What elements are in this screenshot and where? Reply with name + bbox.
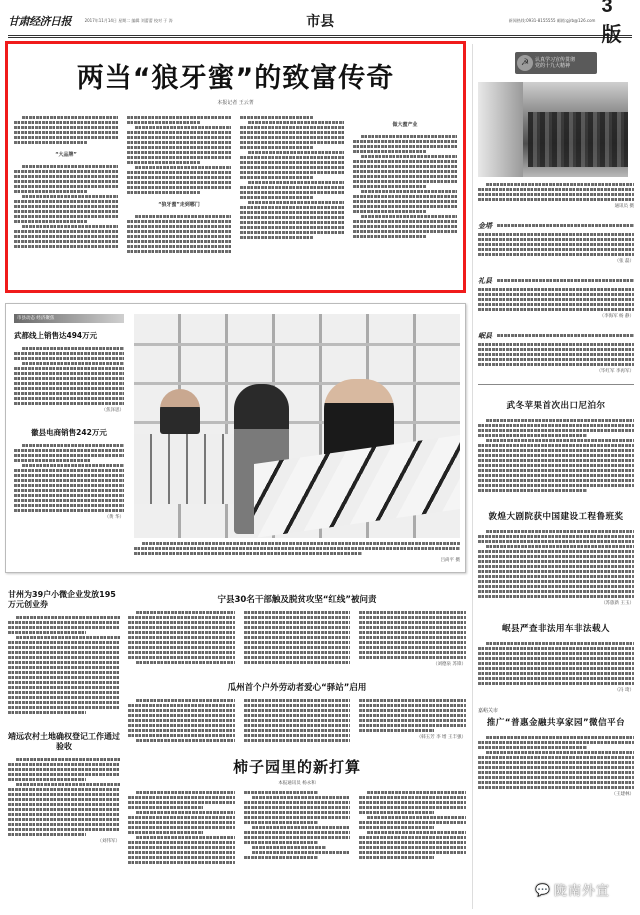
article-subhead: 做大蜜产业 [353,121,457,128]
masthead: 甘肃经济日报 2017年11月14日 星期二 编辑 刘蕾蕾 校对 于 涛 市县 … [8,6,632,38]
lead-article-highlight[interactable]: 两当“狼牙蜜”的致富传奇 本报记者 王云菁 “大品牌” “狼牙蜜”走到哪门 做大… [5,41,466,293]
section-divider [478,384,634,385]
story-headline[interactable]: 靖远农村土地确权登记工作通过验收 [8,732,120,752]
story-body: （苏旅新 王玉） [478,530,634,606]
brief-lead: 金塔 [478,221,492,231]
sidebar-headline[interactable]: 武都线上销售达494万元 [14,330,124,341]
story-body: （冯 琦） [478,642,634,693]
photo-credit: 吕尚平 摄 [134,557,460,563]
lead-article-title: 两当“狼牙蜜”的致富传奇 [14,56,457,95]
story-headline[interactable]: 瓜州首个户外劳动者爱心“驿站”启用 [128,681,466,693]
newspaper-logo: 甘肃经济日报 [8,13,85,29]
lower-middle-column: 宁县30名干部触及脱贫攻坚“红线”被问责 （刘德泉 苏锋） 瓜州首个户外劳动者爱… [128,585,466,864]
sidebar-headline[interactable]: 徽县电商销售242万元 [14,427,124,438]
story-headline[interactable]: 武冬苹果首次出口尼泊尔 [478,399,634,411]
contact-info: 新闻热线:0931-8155555 邮箱:gjrb@126.com [429,18,596,24]
exhibition-photo [478,82,628,177]
story-headline[interactable]: 推广“普惠金融共享家园”微信平台 [478,716,634,728]
photo-credit: 通讯员 摄 [478,203,634,209]
photo-caption: 通讯员 摄 [478,183,634,209]
watermark-text: 陇南外宣 [554,880,610,899]
issue-meta: 2017年11月14日 星期二 编辑 刘蕾蕾 校对 于 涛 [85,18,232,24]
story-headline[interactable]: 宁县30名干部触及脱贫攻坚“红线”被问责 [128,593,466,605]
featured-photo-section: 市县动态 经济聚焦 武都线上销售达494万元 （焦泽思） 徽县电商销售242万元… [5,303,466,573]
article-column [240,116,344,253]
economic-sidebar: 市县动态 经济聚焦 武都线上销售达494万元 （焦泽思） 徽县电商销售242万元… [14,314,124,520]
feature-headline[interactable]: 柿子园里的新打算 [128,756,466,777]
story-headline[interactable]: 甘州为39户小微企业发放195万元创业券 [8,590,120,610]
brief-item: 金塔 （张 磊） [478,221,634,264]
story-headline[interactable]: 敦煌大剧院获中国建设工程鲁班奖 [478,510,634,522]
brief-item: 礼县 （李海军 杨 静） [478,276,634,319]
party-emblem-icon: ☭ [517,55,533,71]
campaign-badge: ☭ 认真学习宣传贯彻 党的十九大精神 [515,52,597,74]
wechat-watermark: 💬 陇南外宣 [535,880,610,899]
brief-lead: 岷县 [478,331,492,341]
story-body: （王建林） [478,736,634,797]
story-body [478,419,634,492]
article-column: 做大蜜产业 [353,116,457,253]
badge-line-2: 党的十九大精神 [535,63,570,69]
feature-byline: 本报通讯员 杨永和 [128,780,466,786]
lower-left-column: 甘州为39户小微企业发放195万元创业券 靖远农村土地确权登记工作通过验收 （刘… [8,590,120,844]
brief-lead: 礼县 [478,276,492,286]
article-subhead: “狼牙蜜”走到哪门 [127,201,231,208]
lead-article-byline: 本报记者 王云菁 [14,99,457,106]
article-column: “狼牙蜜”走到哪门 [127,116,231,253]
story-kicker: 嘉峪关市 [478,707,634,714]
column-divider [472,44,473,909]
sidebar-tag: 市县动态 经济聚焦 [14,314,124,323]
brief-item: 岷县 （毕红军 李再军） [478,331,634,374]
photo-caption: 吕尚平 摄 [134,542,460,563]
page-number: 3版 [601,0,632,47]
right-column: ☭ 认真学习宣传贯彻 党的十九大精神 通讯员 摄 金塔 （张 磊） 礼县 （李海… [478,44,634,909]
section-title: 市县 [232,11,409,31]
wechat-icon: 💬 [535,883,550,897]
honey-shop-photo [134,314,460,538]
story-headline[interactable]: 岷县严查非法用车非法载人 [478,622,634,634]
lead-article-body: “大品牌” “狼牙蜜”走到哪门 做大蜜产业 [14,116,457,253]
article-subhead: “大品牌” [14,151,118,158]
article-column: “大品牌” [14,116,118,253]
